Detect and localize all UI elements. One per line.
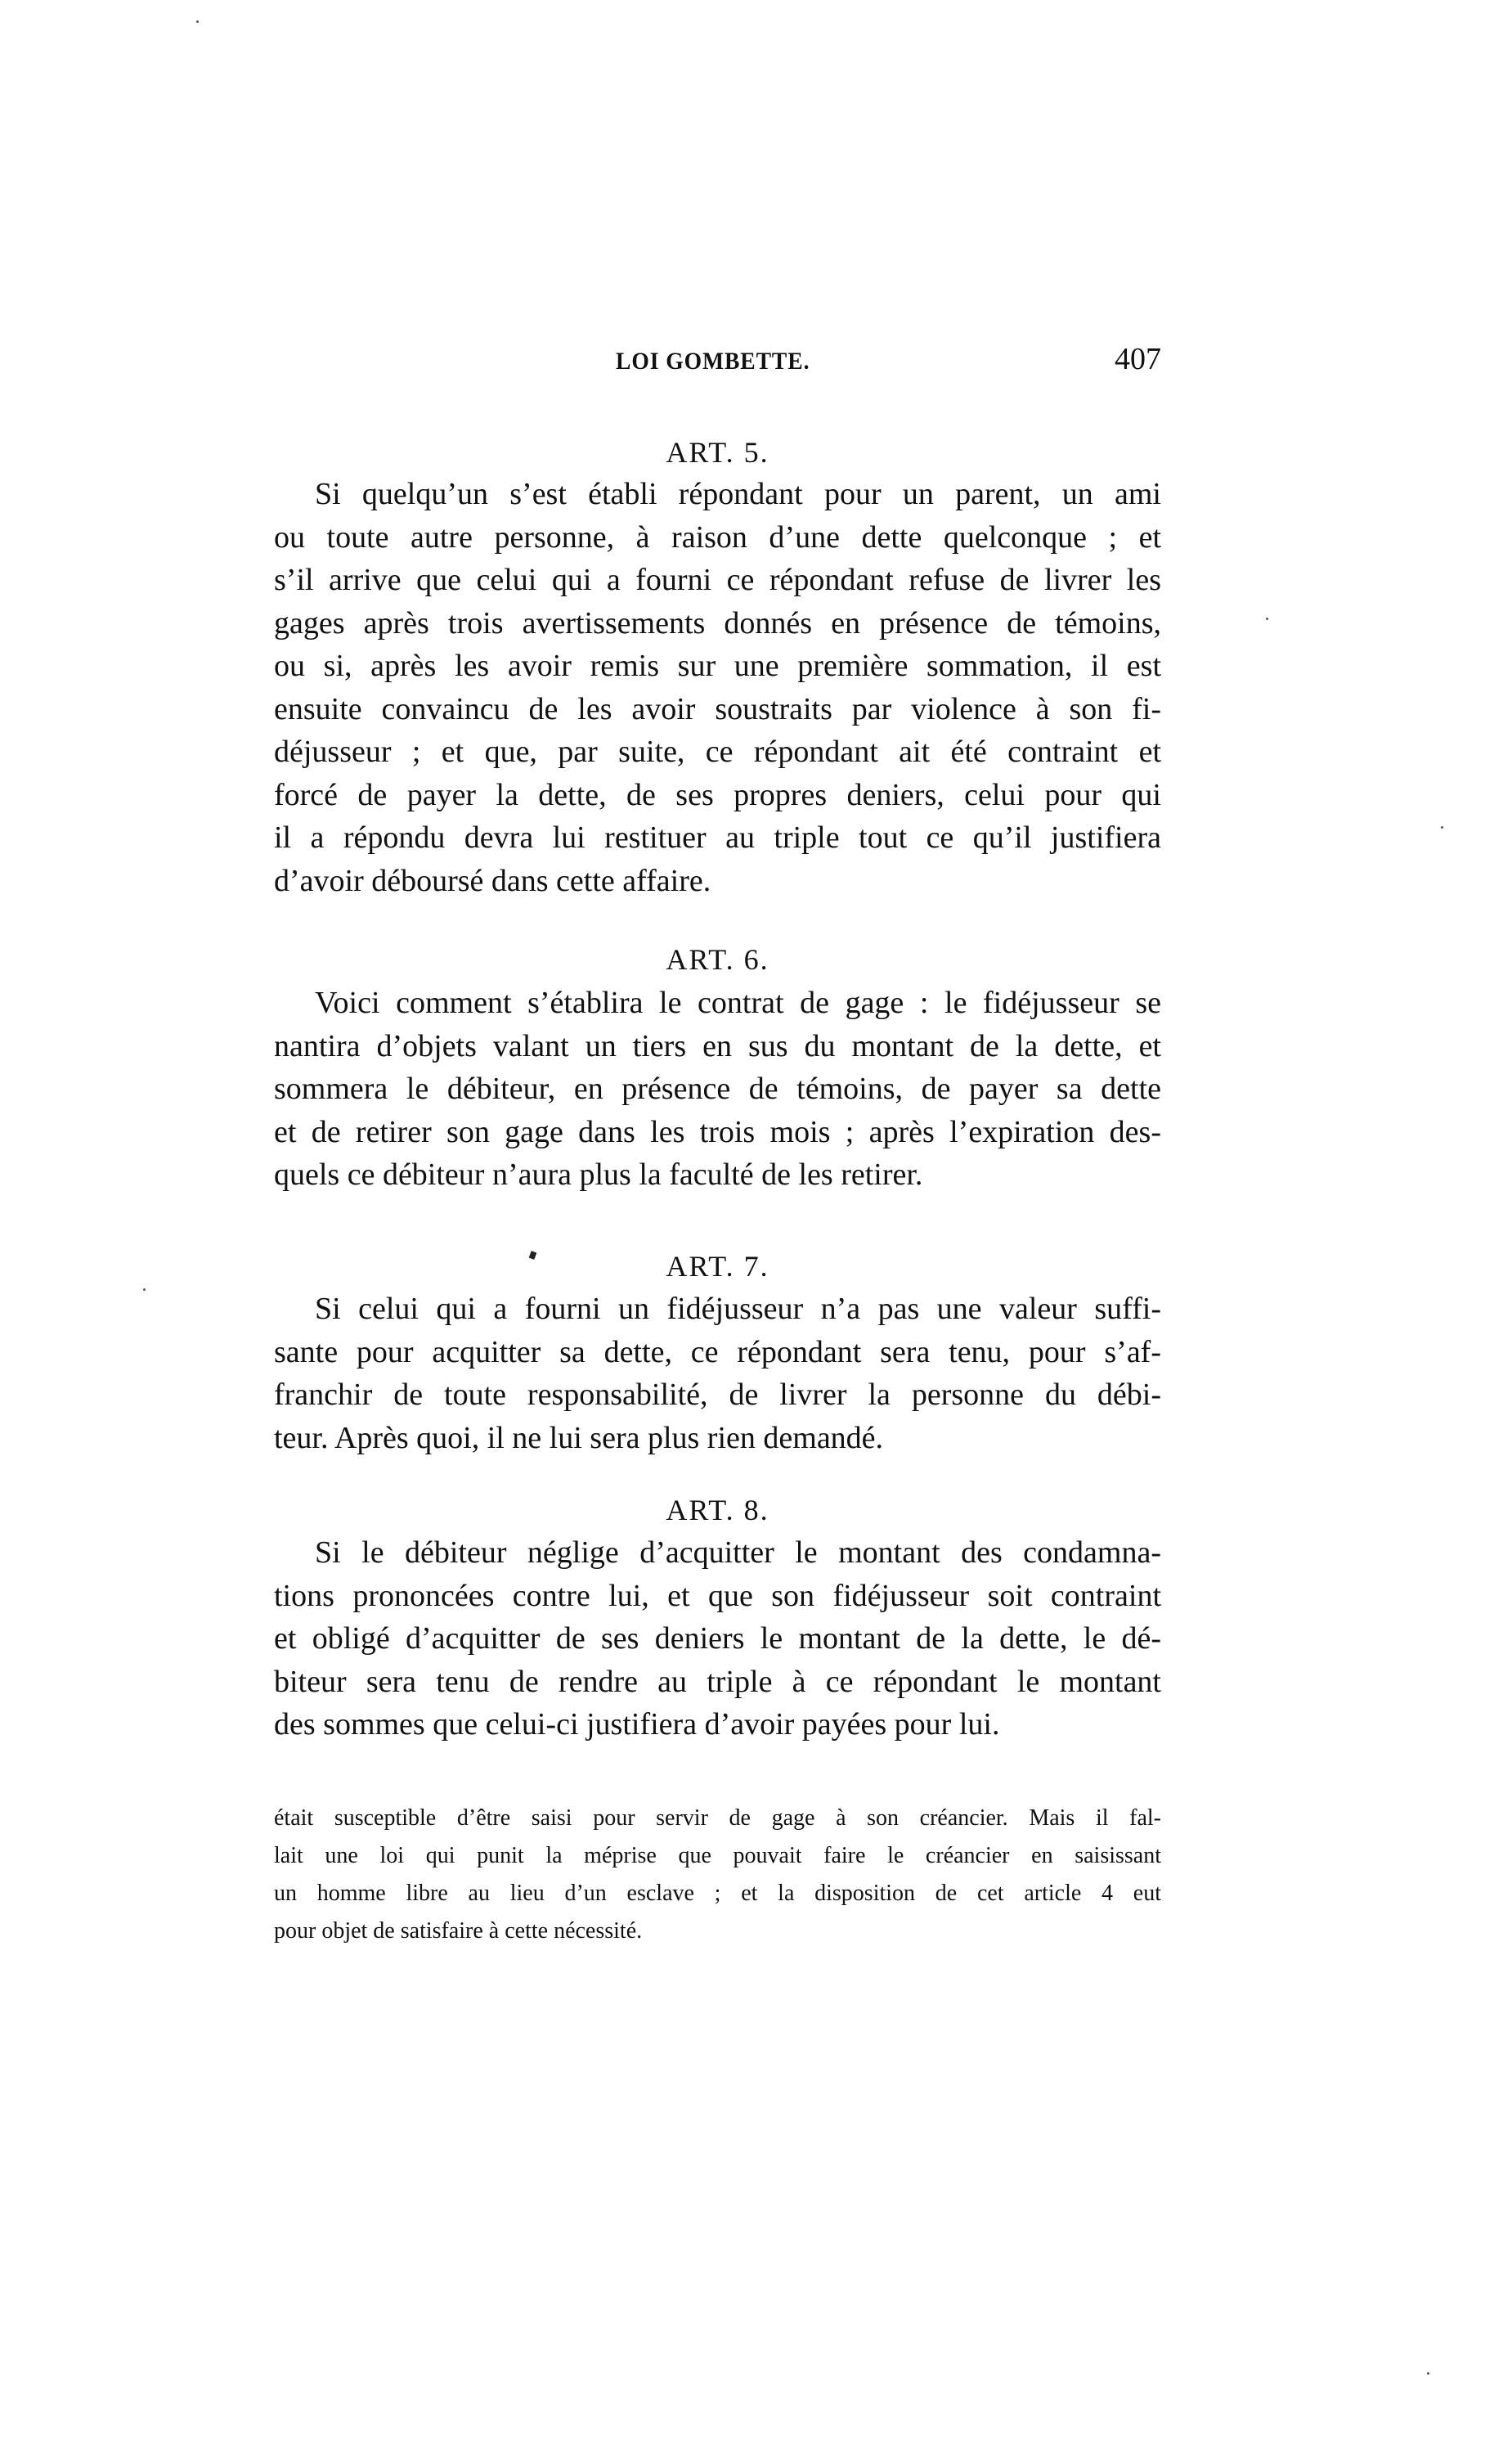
footnote: était susceptible d’être saisi pour serv… bbox=[274, 1800, 1161, 1950]
text-line: des sommes que celui-ci justifiera d’avo… bbox=[274, 1703, 1161, 1746]
text-line: ensuite convaincu de les avoir soustrait… bbox=[274, 688, 1161, 731]
article-8-text: Si le débiteur néglige d’acquitter le mo… bbox=[274, 1531, 1161, 1746]
text-line: quels ce débiteur n’aura plus la faculté… bbox=[274, 1153, 1161, 1197]
article-6-heading: ART. 6. bbox=[274, 942, 1161, 977]
scan-speck bbox=[196, 20, 199, 23]
text-line: sante pour acquitter sa dette, ce répond… bbox=[274, 1331, 1161, 1374]
text-line: et de retirer son gage dans les trois mo… bbox=[274, 1111, 1161, 1154]
article-7-text: Si celui qui a fourni un fidéjusseur n’a… bbox=[274, 1288, 1161, 1459]
footnote-line: était susceptible d’être saisi pour serv… bbox=[274, 1800, 1161, 1837]
scan-speck bbox=[1266, 618, 1268, 620]
text-line: Si le débiteur néglige d’acquitter le mo… bbox=[274, 1531, 1161, 1575]
article-7-heading: ART. 7. bbox=[274, 1249, 1161, 1283]
text-line: déjusseur ; et que, par suite, ce répond… bbox=[274, 730, 1161, 774]
text-line: gages après trois avertissements donnés … bbox=[274, 602, 1161, 645]
text-line: nantira d’objets valant un tiers en sus … bbox=[274, 1025, 1161, 1068]
text-line: biteur sera tenu de rendre au triple à c… bbox=[274, 1661, 1161, 1704]
footnote-line: pour objet de satisfaire à cette nécessi… bbox=[274, 1912, 1161, 1950]
article-6-text: Voici comment s’établira le contrat de g… bbox=[274, 982, 1161, 1197]
article-5-text: Si quelqu’un s’est établi répondant pour… bbox=[274, 473, 1161, 902]
text-line: ou si, après les avoir remis sur une pre… bbox=[274, 645, 1161, 688]
page-header: LOI GOMBETTE. 407 bbox=[274, 348, 1161, 389]
text-line: Voici comment s’établira le contrat de g… bbox=[274, 982, 1161, 1025]
footnote-line: lait une loi qui punit la méprise que po… bbox=[274, 1837, 1161, 1875]
running-title: LOI GOMBETTE. bbox=[616, 348, 810, 375]
text-line: Si celui qui a fourni un fidéjusseur n’a… bbox=[274, 1288, 1161, 1331]
text-line: d’avoir déboursé dans cette affaire. bbox=[274, 860, 1161, 903]
text-line: Si quelqu’un s’est établi répondant pour… bbox=[274, 473, 1161, 516]
scan-speck bbox=[1427, 2372, 1429, 2375]
text-line: ou toute autre personne, à raison d’une … bbox=[274, 516, 1161, 560]
article-8-heading: ART. 8. bbox=[274, 1493, 1161, 1527]
text-line: et obligé d’acquitter de ses deniers le … bbox=[274, 1617, 1161, 1661]
text-line: il a répondu devra lui restituer au trip… bbox=[274, 816, 1161, 860]
footnote-line: un homme libre au lieu d’un esclave ; et… bbox=[274, 1875, 1161, 1912]
text-line: franchir de toute responsabilité, de liv… bbox=[274, 1373, 1161, 1417]
text-line: tions prononcées contre lui, et que son … bbox=[274, 1575, 1161, 1618]
text-line: teur. Après quoi, il ne lui sera plus ri… bbox=[274, 1417, 1161, 1460]
text-line: s’il arrive que celui qui a fourni ce ré… bbox=[274, 559, 1161, 602]
text-line: forcé de payer la dette, de ses propres … bbox=[274, 774, 1161, 817]
page-number: 407 bbox=[1115, 341, 1161, 377]
scan-speck bbox=[1441, 826, 1443, 829]
article-5-heading: ART. 5. bbox=[274, 435, 1161, 470]
document-page: LOI GOMBETTE. 407 ART. 5. Si quelqu’un s… bbox=[0, 0, 1512, 2463]
scan-speck bbox=[143, 1288, 146, 1291]
text-line: sommera le débiteur, en présence de témo… bbox=[274, 1067, 1161, 1111]
